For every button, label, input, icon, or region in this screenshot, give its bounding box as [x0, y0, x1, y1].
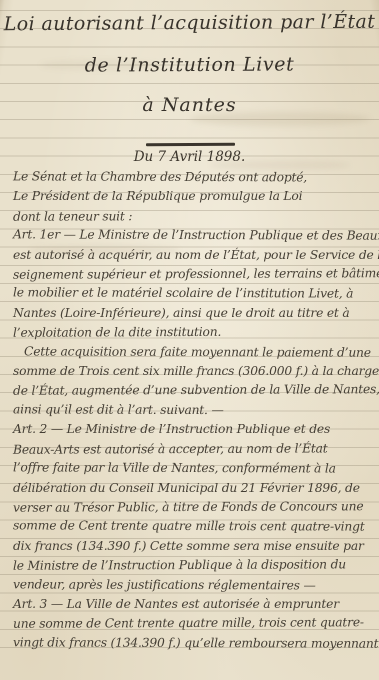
handwritten-line: Beaux-Arts est autorisé à accepter, au n…	[13, 439, 375, 460]
handwritten-line: somme de Cent trente quatre mille trois …	[13, 517, 375, 538]
handwritten-line: verser au Trésor Public, à titre de Fond…	[13, 497, 375, 518]
handwritten-line: dix francs (134.390 f.) Cette somme sera…	[13, 537, 375, 556]
handwritten-line: l’exploitation de la dite institution.	[13, 322, 375, 343]
handwritten-line: Le Sénat et la Chambre des Députés ont a…	[13, 167, 375, 188]
handwritten-line: somme de Trois cent six mille francs (30…	[13, 362, 375, 381]
handwritten-line-article-2: Art. 2 — Le Ministre de l’Instruction Pu…	[13, 420, 375, 439]
manuscript-body: Le Sénat et la Chambre des Députés ont a…	[13, 168, 375, 653]
handwritten-line: Cette acquisition sera faite moyennant l…	[13, 342, 375, 363]
handwritten-line: le Ministre de l’Instruction Publique à …	[13, 555, 375, 576]
handwritten-line-article-3: Art. 3 — La Ville de Nantes est autorisé…	[13, 595, 375, 614]
handwritten-line: Le Président de la République promulgue …	[13, 187, 375, 206]
title-line-2: de l’Institution Livet	[0, 53, 379, 77]
title-line-3: à Nantes	[0, 94, 379, 116]
handwritten-line: Nantes (Loire-Inférieure), ainsi que le …	[13, 304, 375, 323]
handwritten-line: vingt dix francs (134.390 f.) qu’elle re…	[13, 633, 375, 654]
handwritten-line: l’offre faite par la Ville de Nantes, co…	[13, 458, 375, 479]
handwritten-line-article-1: Art. 1er — Le Ministre de l’Instruction …	[13, 226, 375, 247]
handwritten-line: est autorisé à acquérir, au nom de l’Éta…	[13, 246, 375, 265]
manuscript-page: Loi autorisant l’acquisition par l’État …	[0, 0, 379, 680]
handwritten-line: vendeur, après les justifications réglem…	[13, 575, 375, 596]
date-line: Du 7 Avril 1898.	[0, 149, 379, 165]
handwritten-line: ainsi qu’il est dit à l’art. suivant. —	[13, 400, 375, 421]
handwritten-line: seignement supérieur et professionnel, l…	[13, 264, 375, 285]
title-line-1: Loi autorisant l’acquisition par l’État	[0, 11, 379, 36]
handwritten-line: le mobilier et le matériel scolaire de l…	[13, 284, 375, 305]
handwritten-line: une somme de Cent trente quatre mille, t…	[13, 614, 375, 635]
handwritten-line: de l’État, augmentée d’une subvention de…	[13, 381, 375, 402]
handwritten-line: délibération du Conseil Municipal du 21 …	[13, 479, 375, 498]
handwritten-line: dont la teneur suit :	[13, 206, 375, 227]
